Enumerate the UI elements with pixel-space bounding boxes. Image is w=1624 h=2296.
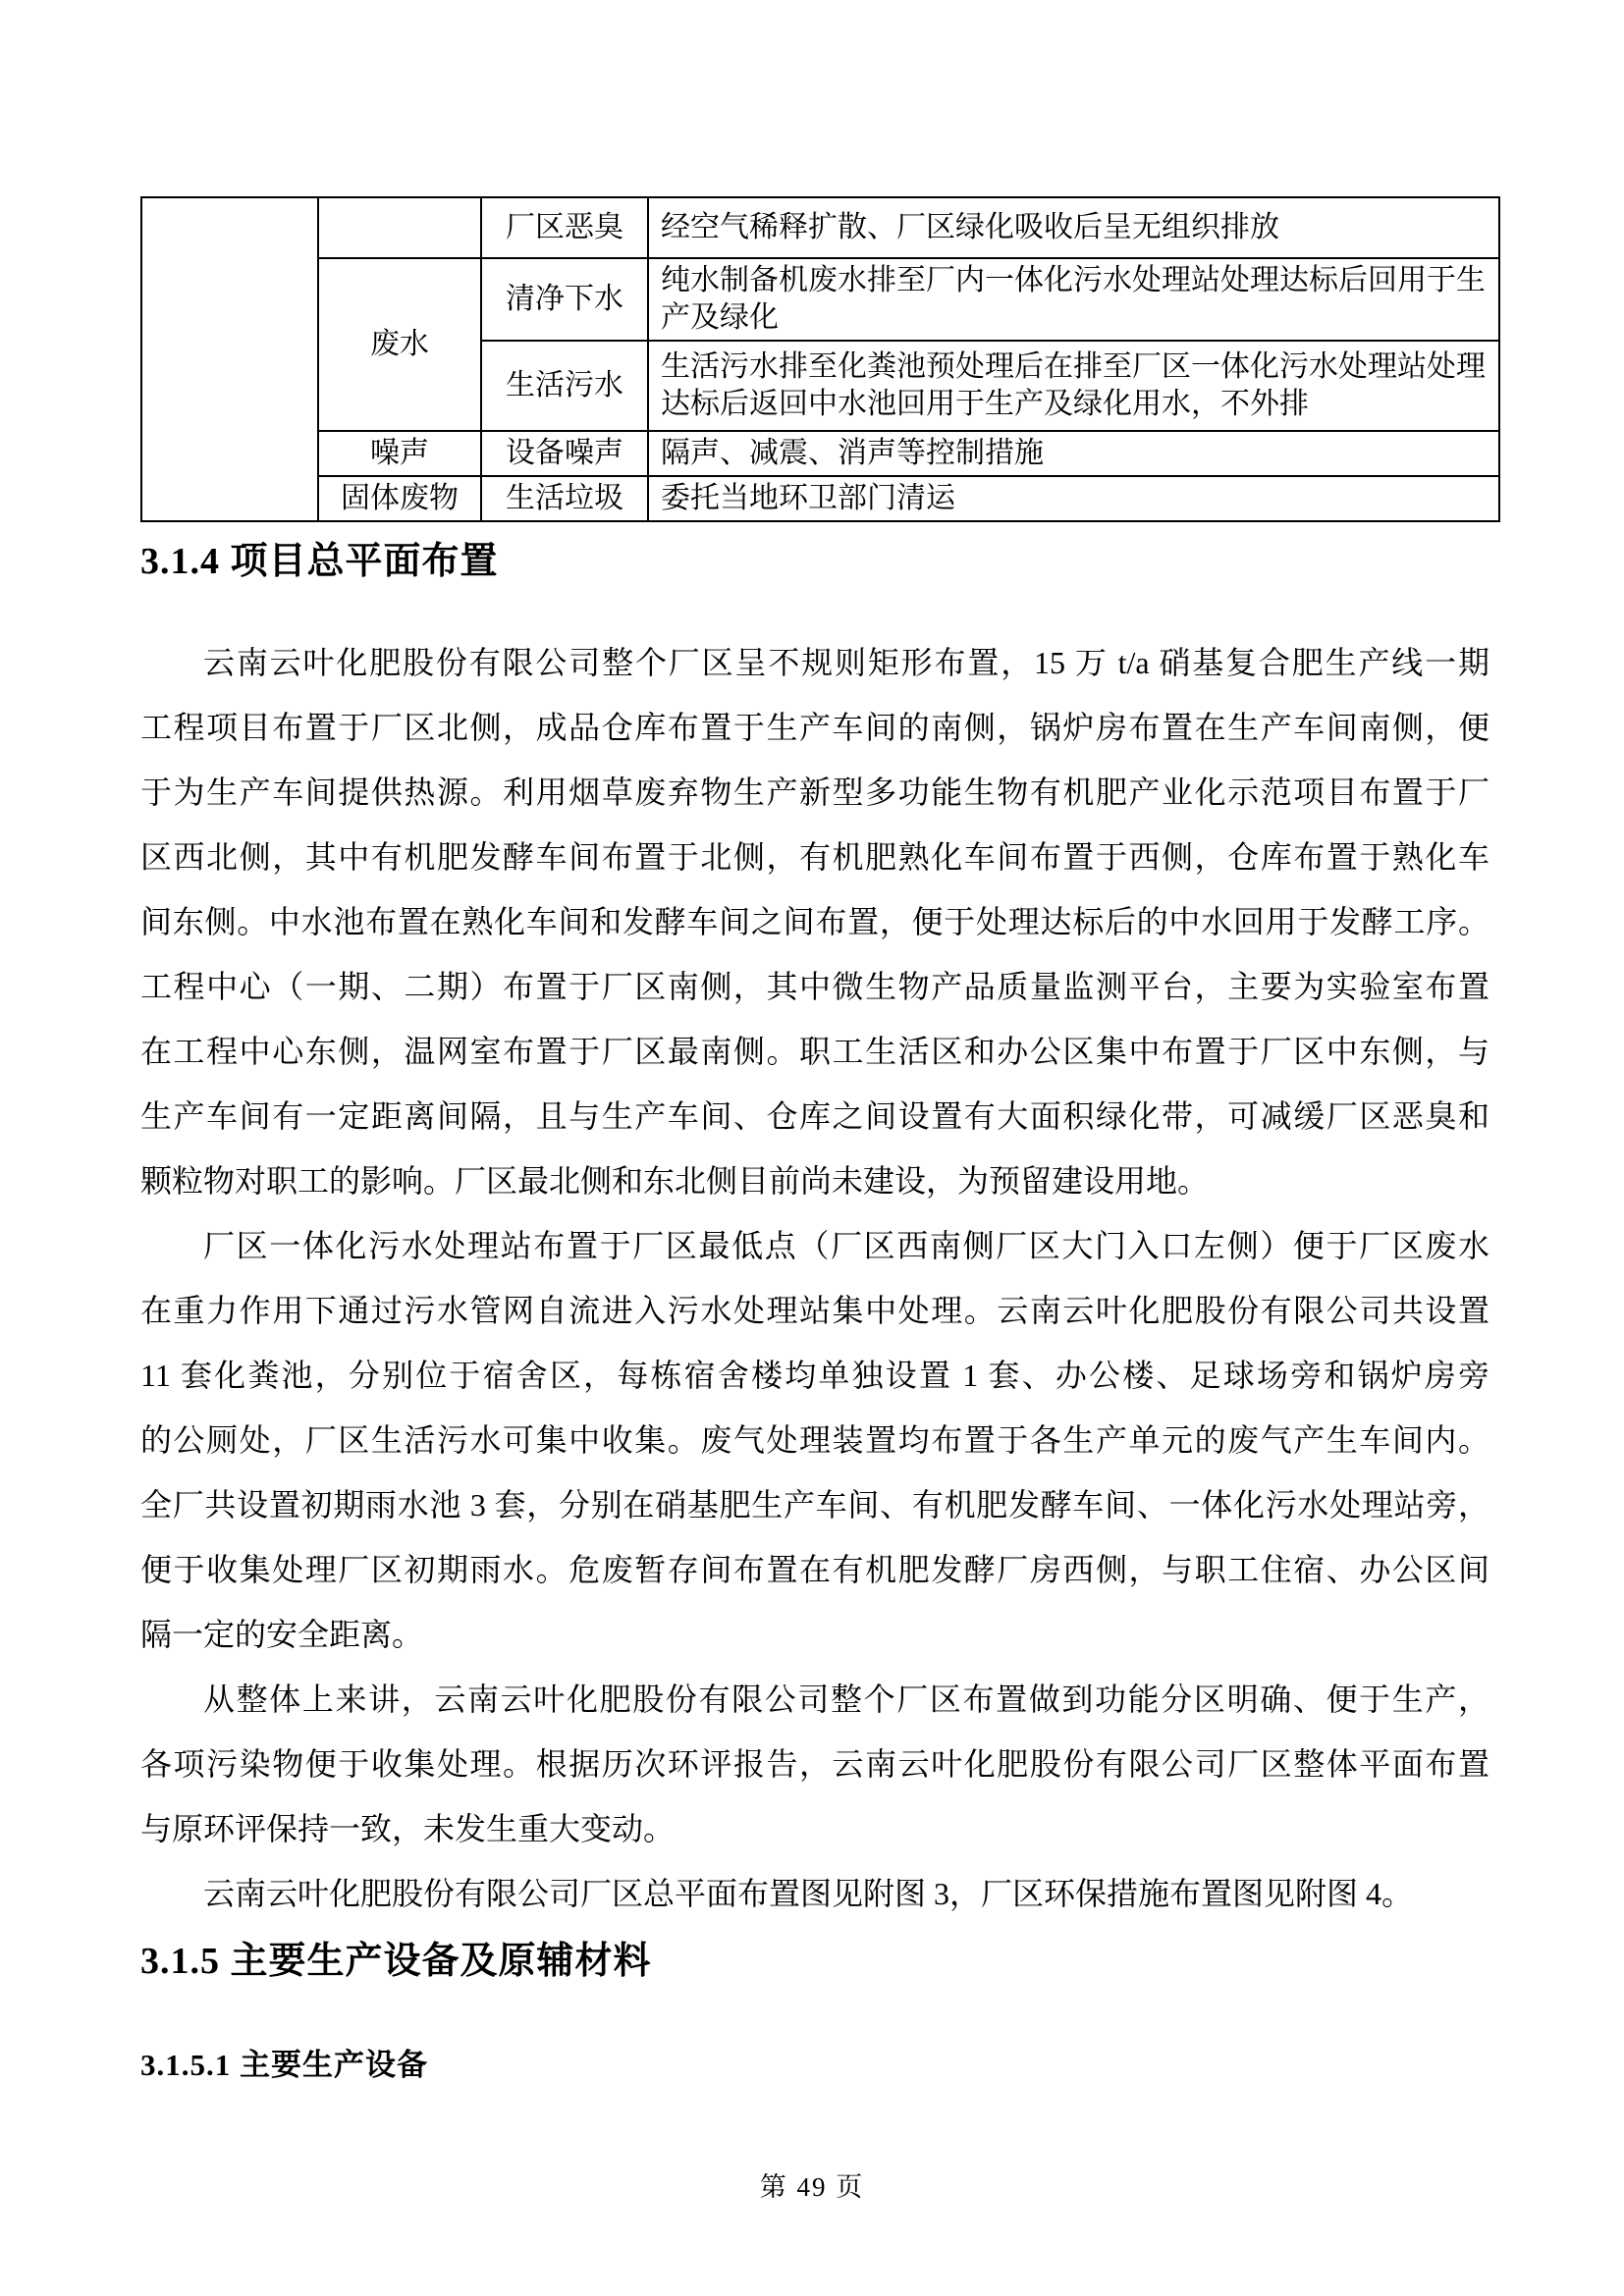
table-cell-item: 生活垃圾 — [481, 476, 648, 521]
table-row: 噪声 设备噪声 隔声、减震、消声等控制措施 — [141, 431, 1499, 476]
table-cell-item: 清净下水 — [481, 258, 648, 341]
paragraph-line: 在重力作用下通过污水管网自流进入污水处理站集中处理。云南云叶化肥股份有限公司共设… — [140, 1278, 1489, 1343]
table-cell-type: 噪声 — [318, 431, 481, 476]
env-measures-table: 厂区恶臭 经空气稀释扩散、厂区绿化吸收后呈无组织排放 废水 清净下水 纯水制备机… — [140, 196, 1500, 522]
table-cell-type: 固体废物 — [318, 476, 481, 521]
paragraph-line: 云南云叶化肥股份有限公司整个厂区呈不规则矩形布置，15 万 t/a 硝基复合肥生… — [140, 630, 1489, 695]
table-cell-item: 设备噪声 — [481, 431, 648, 476]
table-cell-measure: 委托当地环卫部门清运 — [648, 476, 1499, 521]
table-cell-type: 废水 — [318, 258, 481, 431]
table-cell-measure: 隔声、减震、消声等控制措施 — [648, 431, 1499, 476]
table-cell-item: 生活污水 — [481, 341, 648, 431]
table-row: 固体废物 生活垃圾 委托当地环卫部门清运 — [141, 476, 1499, 521]
section-heading-3-1-4: 3.1.4 项目总平面布置 — [140, 530, 499, 584]
table-cell-measure: 纯水制备机废水排至厂内一体化污水处理站处理达标后回用于生产及绿化 — [648, 258, 1499, 341]
table-cell-spanner — [141, 197, 318, 521]
paragraph-line: 生产车间有一定距离间隔，且与生产车间、仓库之间设置有大面积绿化带，可减缓厂区恶臭… — [140, 1084, 1489, 1148]
paragraph-line: 工程中心（一期、二期）布置于厂区南侧，其中微生物产品质量监测平台，主要为实验室布… — [140, 954, 1489, 1019]
table-cell-measure: 经空气稀释扩散、厂区绿化吸收后呈无组织排放 — [648, 197, 1499, 258]
paragraph-line: 隔一定的安全距离。 — [140, 1602, 1489, 1667]
page-number: 第 49 页 — [0, 2165, 1624, 2204]
paragraph-line: 的公厕处，厂区生活污水可集中收集。废气处理装置均布置于各生产单元的废气产生车间内… — [140, 1408, 1489, 1472]
paragraph-line: 全厂共设置初期雨水池 3 套，分别在硝基肥生产车间、有机肥发酵车间、一体化污水处… — [140, 1472, 1489, 1537]
paragraph-line: 从整体上来讲，云南云叶化肥股份有限公司整个厂区布置做到功能分区明确、便于生产， — [140, 1667, 1489, 1732]
section-heading-3-1-5-1: 3.1.5.1 主要生产设备 — [140, 2040, 428, 2084]
paragraph-line: 与原环评保持一致，未发生重大变动。 — [140, 1796, 1489, 1861]
table-cell-type-empty — [318, 197, 481, 258]
paragraph-line: 于为生产车间提供热源。利用烟草废弃物生产新型多功能生物有机肥产业化示范项目布置于… — [140, 760, 1489, 825]
table-row: 厂区恶臭 经空气稀释扩散、厂区绿化吸收后呈无组织排放 — [141, 197, 1499, 258]
paragraph-line: 各项污染物便于收集处理。根据历次环评报告，云南云叶化肥股份有限公司厂区整体平面布… — [140, 1732, 1489, 1796]
paragraph-line: 区西北侧，其中有机肥发酵车间布置于北侧，有机肥熟化车间布置于西侧，仓库布置于熟化… — [140, 825, 1489, 889]
paragraph-line: 颗粒物对职工的影响。厂区最北侧和东北侧目前尚未建设，为预留建设用地。 — [140, 1148, 1489, 1213]
paragraph-line: 11 套化粪池，分别位于宿舍区，每栋宿舍楼均单独设置 1 套、办公楼、足球场旁和… — [140, 1343, 1489, 1408]
table-cell-measure: 生活污水排至化粪池预处理后在排至厂区一体化污水处理站处理达标后返回中水池回用于生… — [648, 341, 1499, 431]
paragraph-line: 便于收集处理厂区初期雨水。危废暂存间布置在有机肥发酵厂房西侧，与职工住宿、办公区… — [140, 1537, 1489, 1602]
body-text: 云南云叶化肥股份有限公司整个厂区呈不规则矩形布置，15 万 t/a 硝基复合肥生… — [140, 630, 1489, 1926]
paragraph-line: 间东侧。中水池布置在熟化车间和发酵车间之间布置，便于处理达标后的中水回用于发酵工… — [140, 889, 1489, 954]
paragraph-line: 云南云叶化肥股份有限公司厂区总平面布置图见附图 3，厂区环保措施布置图见附图 4… — [140, 1861, 1489, 1926]
section-heading-3-1-5: 3.1.5 主要生产设备及原辅材料 — [140, 1930, 652, 1984]
paragraph-line: 厂区一体化污水处理站布置于厂区最低点（厂区西南侧厂区大门入口左侧）便于厂区废水 — [140, 1213, 1489, 1278]
paragraph-line: 在工程中心东侧，温网室布置于厂区最南侧。职工生活区和办公区集中布置于厂区中东侧，… — [140, 1019, 1489, 1084]
paragraph-line: 工程项目布置于厂区北侧，成品仓库布置于生产车间的南侧，锅炉房布置在生产车间南侧，… — [140, 695, 1489, 760]
table-cell-item: 厂区恶臭 — [481, 197, 648, 258]
table-row: 废水 清净下水 纯水制备机废水排至厂内一体化污水处理站处理达标后回用于生产及绿化 — [141, 258, 1499, 341]
